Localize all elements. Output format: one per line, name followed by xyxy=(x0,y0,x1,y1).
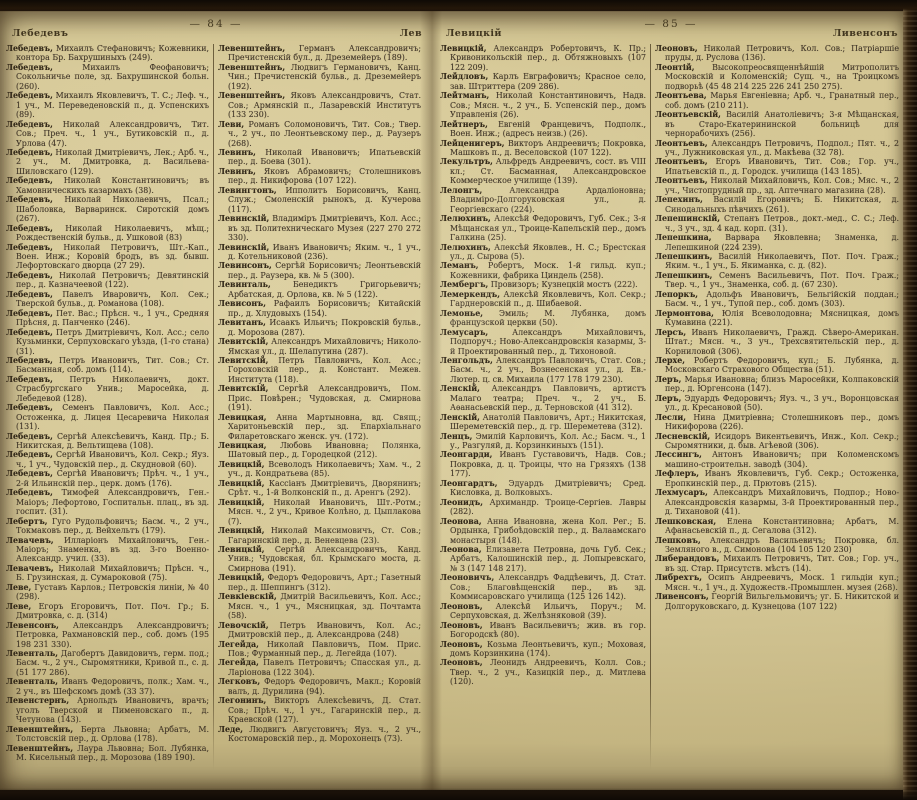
entry-surname: Лейценигеръ, xyxy=(440,139,505,148)
catchword-left-page: Лев xyxy=(400,28,422,39)
entry-surname: Леонтьевъ, xyxy=(655,176,708,185)
entry-surname: Лепешкинъ, xyxy=(655,252,712,261)
entry-surname: Левенштейнъ, xyxy=(218,91,285,100)
directory-entry: Либрехтъ, Осипъ Андреевичъ, Моск. 1 гиль… xyxy=(655,573,899,592)
entry-surname: Лебедевъ, xyxy=(6,375,53,384)
directory-entry: Легонинъ, Викторъ Алексѣевичъ, Д. Стат. … xyxy=(218,696,421,724)
entry-surname: Левкіевскій, xyxy=(218,592,277,601)
directory-entry: Леоновъ, Алексѣй Ильичъ, Поруч.; М. Серп… xyxy=(440,602,646,621)
directory-entry: Левенштейнъ, Людвигъ Германовичъ, Канц. … xyxy=(218,63,421,91)
right-page-header: Левицкій — 85 — Ливенсонъ xyxy=(440,14,902,44)
directory-entry: Левицкій, Александръ Робертовичъ, К. Пр.… xyxy=(440,44,646,72)
entry-surname: Левенштейнъ, xyxy=(218,63,285,72)
directory-entry: Левинталь, Бенедиктъ Григорьевичъ; Арбат… xyxy=(218,280,421,299)
entry-surname: Ленцъ, xyxy=(440,432,472,441)
directory-entry: Леонтьевъ, Егоръ Ивановичъ, Тит. Сов.; Г… xyxy=(655,157,899,176)
directory-entry: Лейтнеръ, Евгеній Францевичъ, Подполк., … xyxy=(440,120,646,139)
directory-entry: Леонова, Анна Ивановна, жена Кол. Рег.; … xyxy=(440,517,646,545)
directory-entry: Лефлеръ, Иванъ Яковлевичъ, Губ. Секр.; О… xyxy=(655,469,899,488)
directory-entry: Левицкій, Николай Ивановичъ, Шт.-Ротм.; … xyxy=(218,498,421,526)
entry-surname: Лесли, xyxy=(655,413,686,422)
entry-surname: Левачевъ, xyxy=(6,536,54,545)
entry-surname: Лермонтова, xyxy=(655,309,714,318)
entry-surname: Лебедевъ, xyxy=(6,403,53,412)
entry-surname: Лембергъ, xyxy=(440,280,488,289)
directory-entry: Лесли, Нина Дмитріевна; Столешниковъ пер… xyxy=(655,413,899,432)
entry-surname: Лебедевъ, xyxy=(6,309,53,318)
directory-entry: Леонтьевскій, Василій Анатоліевичъ; 3-я … xyxy=(655,110,899,138)
entry-surname: Лепешкинъ, xyxy=(655,271,712,280)
entry-surname: Ленскій, xyxy=(440,413,480,422)
entry-surname: Левенстернъ, xyxy=(6,696,69,705)
entry-surname: Лебедевъ, xyxy=(6,176,53,185)
entry-surname: Ливенсонъ, xyxy=(655,592,709,601)
directory-entry: Лебедевъ, Петръ Ивановичъ, Тит. Сов.; Ст… xyxy=(6,356,209,375)
directory-entry: Левинсонъ, Сергѣй Борисовичъ; Леонтьевск… xyxy=(218,261,421,280)
entry-surname: Леоновъ, xyxy=(440,602,483,611)
directory-entry: Лехмусаръ, Александръ Михайловичъ, Подпо… xyxy=(655,488,899,516)
directory-entry: Левицкій, Сергѣй Александровичъ, Канд. У… xyxy=(218,545,421,573)
photo-top-shadow xyxy=(0,0,917,12)
entry-surname: Ленгольдъ, xyxy=(440,356,493,365)
entry-surname: Левинталь, xyxy=(218,280,271,289)
entry-surname: Лесневскій, xyxy=(655,432,710,441)
directory-entry: Левенталь, Дагобертъ Давидовичъ, герм. п… xyxy=(6,649,209,677)
directory-entry: Левисонъ, Рафаилъ Борисовичъ; Китайскій … xyxy=(218,299,421,318)
entry-surname: Леонтій, xyxy=(655,63,695,72)
entry-surname: Леонидъ, xyxy=(440,498,483,507)
directory-entry: Ленгольдъ, Александръ Павловичъ, Стат. С… xyxy=(440,356,646,384)
directory-entry: Левинскій, Владиміръ Дмитріевичъ, Кол. А… xyxy=(218,214,421,242)
entry-surname: Лессингъ, xyxy=(655,450,702,459)
directory-entry: Лепешкинъ, Семенъ Васильевичъ, Пот. Поч.… xyxy=(655,271,899,290)
entry-surname: Лехмусаръ, xyxy=(655,488,708,497)
directory-entry: Леманъ, Робертъ, Моск. 1-й гильд. куп.; … xyxy=(440,261,646,280)
entry-surname: Леонтьевъ, xyxy=(655,157,708,166)
scanned-book-photo: Лебедевъ — 84 — Лев Лебедевъ, Михаилъ Ст… xyxy=(0,0,917,800)
directory-entry: Лерсъ, Иванъ Николаевичъ, Гражд. Сѣверо-… xyxy=(655,328,899,356)
directory-entry: Леве, Егоръ Егоровичъ, Пот. Поч. Гр.; Б.… xyxy=(6,602,209,621)
entry-surname: Лебедевъ, xyxy=(6,224,53,233)
directory-entry: Лебедевъ, Сергѣй Алексѣевичъ, Канд. Пр.;… xyxy=(6,432,209,451)
directory-entry: Лебедевъ, Николай Константиновичъ; въ Ха… xyxy=(6,176,209,195)
entry-surname: Лебедевъ, xyxy=(6,63,53,72)
entry-surname: Левенталь, xyxy=(6,649,58,658)
directory-entry: Левицкая, Любовь Ивановна; Полянка, Шато… xyxy=(218,441,421,460)
directory-entry: Левенсонъ, Александръ Александровичъ; Пе… xyxy=(6,621,209,649)
right-page: Левицкій — 85 — Ливенсонъ Левицкій, Алек… xyxy=(440,14,902,780)
entry-surname: Либрехтъ, xyxy=(655,573,702,582)
directory-entry: Леоновъ, Иванъ Васильевичъ; жив. въ гор.… xyxy=(440,621,646,640)
entry-surname: Лебедевъ, xyxy=(6,91,53,100)
directory-entry: Лемусаръ, Александръ Михайловичъ, Подпор… xyxy=(440,328,646,356)
directory-entry: Лессингъ, Антонъ Ивановичъ; при Коломенс… xyxy=(655,450,899,469)
directory-entry: Лешковъ, Александръ Васильевичъ; Покровк… xyxy=(655,536,899,555)
entry-surname: Леонова, xyxy=(440,545,482,554)
directory-entry: Левитскій, Петръ Павловичъ, Кол. Асс.; Г… xyxy=(218,356,421,384)
entry-surname: Левинскій, xyxy=(218,214,269,223)
directory-entry: Лебедевъ, Пет. Вас.; Прѣсн. ч., 1 уч., С… xyxy=(6,309,209,328)
book-page-edges xyxy=(903,0,917,800)
directory-entry: Леоновъ, Николай Петровичъ, Кол. Сов.; П… xyxy=(655,44,899,63)
directory-entry: Лебедевъ, Николай Николаевичъ, мѣщ.; Рож… xyxy=(6,224,209,243)
entry-surname: Лебедевъ, xyxy=(6,120,53,129)
entry-surname: Левинъ, xyxy=(218,148,256,157)
entry-surname: Лепешкина, xyxy=(655,233,711,242)
entry-surname: Легковъ, xyxy=(218,677,260,686)
entry-surname: Легейда, xyxy=(218,640,259,649)
entry-surname: Леонтьева, xyxy=(655,91,707,100)
entry-surname: Леде, xyxy=(218,725,243,734)
entry-surname: Левочскій, xyxy=(218,621,269,630)
directory-entry: Лепешинскій, Степанъ Петров., докт.-мед.… xyxy=(655,214,899,233)
directory-entry: Леви, Романъ Соломоновичъ, Тит. Сов.; Тв… xyxy=(218,120,421,148)
entry-surname: Лебедевъ, xyxy=(6,290,53,299)
directory-entry: Леонгарди, Иванъ Густавовичъ, Надв. Сов.… xyxy=(440,450,646,478)
directory-entry: Леонгардтъ, Эдуардъ Дмитріевичъ; Сред. К… xyxy=(440,479,646,498)
entry-surname: Леонгарди, xyxy=(440,450,492,459)
entry-surname: Левинъ, xyxy=(218,167,256,176)
entry-surname: Лелюхинъ, xyxy=(440,243,491,252)
entry-surname: Леонтьевъ, xyxy=(655,139,708,148)
entry-surname: Леръ, xyxy=(655,375,681,384)
entry-surname: Лерсъ, xyxy=(655,328,686,337)
directory-entry: Лебедевъ, Николай Александровичъ, Тит. С… xyxy=(6,120,209,148)
entry-surname: Лелонгъ, xyxy=(440,186,482,195)
entry-surname: Лебедевъ, xyxy=(6,44,53,53)
entry-surname: Левицкій, xyxy=(218,573,264,582)
directory-entry: Ленскій, Александръ Павловичъ, артистъ М… xyxy=(440,384,646,412)
entry-surname: Леонтьевскій, xyxy=(655,110,721,119)
directory-entry: Леонидъ, Архимандр. Троице-Сергіев. Лавр… xyxy=(440,498,646,517)
entry-surname: Лебедевъ, xyxy=(6,450,53,459)
entry-surname: Лепехинъ, xyxy=(655,195,703,204)
entry-surname: Леманъ, xyxy=(440,261,479,270)
running-title-right: Ливенсонъ xyxy=(833,28,898,39)
photo-bottom-shadow xyxy=(0,788,917,800)
entry-surname: Лемусаръ, xyxy=(440,328,488,337)
directory-entry: Лебедевъ, Михаилъ Феофановичъ; Сокольнич… xyxy=(6,63,209,91)
entry-surname: Леоновъ, xyxy=(655,44,698,53)
directory-entry: Левицкій, Кассіанъ Дмитріевичъ, Дворянин… xyxy=(218,479,421,498)
directory-entry: Левкіевскій, Дмитрій Васильевичъ, Кол. А… xyxy=(218,592,421,620)
entry-surname: Лелюхинъ, xyxy=(440,214,491,223)
entry-surname: Лекультръ, xyxy=(440,157,493,166)
entry-surname: Лерхе, xyxy=(655,356,685,365)
directory-entry: Левитанъ, Исаакъ Ильичъ; Покровскій буль… xyxy=(218,318,421,337)
directory-entry: Лесневскій, Исидоръ Викентьевичъ, Инж., … xyxy=(655,432,899,451)
directory-entry: Лебедевъ, Николай Николаевичъ, Псал.; Ша… xyxy=(6,195,209,223)
entry-surname: Левицкая, xyxy=(218,413,267,422)
entry-surname: Лейдловъ, xyxy=(440,72,488,81)
directory-entry: Левицкій, Николай Максимовичъ, Ст. Сов.;… xyxy=(218,526,421,545)
directory-entry: Лепешкинъ, Василій Николаевичъ, Пот. Поч… xyxy=(655,252,899,271)
directory-entry: Лебертъ, Гуго Рудольфовичъ; Басм. ч., 2 … xyxy=(6,517,209,536)
entry-surname: Левицкій, xyxy=(218,479,264,488)
entry-surname: Либерандовъ, xyxy=(655,554,719,563)
directory-entry: Лебедевъ, Николай Петровичъ, Шт.-Кап., В… xyxy=(6,243,209,271)
entry-surname: Леоновъ, xyxy=(440,621,483,630)
entry-surname: Лебедевъ, xyxy=(6,271,53,280)
directory-entry: Левачевъ, Николай Михайловичъ; Прѣсн. ч.… xyxy=(6,564,209,583)
entry-surname: Левенталь, xyxy=(6,677,58,686)
entry-surname: Лейтнеръ, xyxy=(440,120,488,129)
entry-surname: Леонгардтъ, xyxy=(440,479,497,488)
entry-surname: Левачевъ, xyxy=(6,564,54,573)
directory-entry: Леръ, Марья Ивановна; близъ Маросейки, К… xyxy=(655,375,899,394)
directory-entry: Легейда, Николай Павловичъ, Пом. Прис. П… xyxy=(218,640,421,659)
directory-entry: Лепехинъ, Василій Егоровичъ; Б. Никитска… xyxy=(655,195,899,214)
directory-entry: Лепоркъ, Адольфъ Ивановичъ, Бельгійскій … xyxy=(655,290,899,309)
directory-entry: Леонтьевъ, Александръ Петровичъ, Подпол.… xyxy=(655,139,899,158)
entry-surname: Лебедевъ, xyxy=(6,432,53,441)
entry-surname: Лешковъ, xyxy=(655,536,701,545)
entry-surname: Левингтонъ, xyxy=(218,186,277,195)
directory-entry: Лебедевъ, Петръ Николаевичъ, докт. Страс… xyxy=(6,375,209,403)
directory-entry: Легковъ, Федоръ Федоровичъ, Макл.; Коров… xyxy=(218,677,421,696)
directory-entry: Ленцъ, Эмилій Карловичъ, Кол. Ас.; Басм.… xyxy=(440,432,646,451)
entry-surname: Левинсонъ, xyxy=(218,261,272,270)
directory-entry: Лемеркендъ, Алексѣй Яковлевичъ, Кол. Сек… xyxy=(440,290,646,309)
directory-entry: Лебедевъ, Павелъ Иваровичъ, Кол. Сек.; Т… xyxy=(6,290,209,309)
entry-surname: Левицкій, xyxy=(218,545,264,554)
directory-entry: Левенштейнъ, Берта Львовна; Арбатъ, М. Т… xyxy=(6,725,209,744)
directory-entry: Ленскій, Анатолій Павловичъ, Арт.; Никит… xyxy=(440,413,646,432)
right-page-column-2: Леоновъ, Николай Петровичъ, Кол. Сов.; П… xyxy=(655,44,899,770)
directory-entry: Леонтьева, Марья Евгеніевна; Арб. ч., Гр… xyxy=(655,91,899,110)
directory-entry: Лейценигеръ, Викторъ Андреевичъ; Покровк… xyxy=(440,139,646,158)
entry-surname: Леоновъ, xyxy=(440,640,483,649)
entry-surname: Леоновъ, xyxy=(440,658,483,667)
directory-entry: Левинъ, Николай Ивановичъ; Ипатьевскій п… xyxy=(218,148,421,167)
directory-entry: Левенштейнъ, Лаура Львовна; Бол. Лубянка… xyxy=(6,744,209,763)
directory-entry: Левицкій, Всеволодъ Николаевичъ; Хам. ч.… xyxy=(218,460,421,479)
entry-surname: Леве, xyxy=(6,602,31,611)
entry-surname: Лебедевъ, xyxy=(6,469,53,478)
entry-surname: Лебедевъ, xyxy=(6,148,53,157)
entry-surname: Лемеркендъ, xyxy=(440,290,500,299)
entry-surname: Левицкая, xyxy=(218,441,267,450)
entry-surname: Леви, xyxy=(218,120,244,129)
right-page-column-1: Левицкій, Александръ Робертовичъ, К. Пр.… xyxy=(440,44,646,770)
directory-entry: Леръ, Эдуардъ Федоровичъ; Яуз. ч., 3 уч.… xyxy=(655,394,899,413)
directory-entry: Леонтьевъ, Николай Михайловичъ, Кол. Сов… xyxy=(655,176,899,195)
directory-entry: Леоновъ, Леонидъ Андреевичъ, Колл. Сов.;… xyxy=(440,658,646,686)
entry-surname: Лебедевъ, xyxy=(6,356,53,365)
directory-entry: Лебедевъ, Николай Дмитріевичъ, Лек.; Арб… xyxy=(6,148,209,176)
entry-surname: Левитскій, xyxy=(218,356,268,365)
directory-entry: Левенстернъ, Арнольдъ Ивановичъ, врачъ; … xyxy=(6,696,209,724)
directory-entry: Левицкая, Анна Мартыновна, вд. Свящ.; Ха… xyxy=(218,413,421,441)
column-divider-left-page xyxy=(213,44,214,770)
entry-surname: Леръ, xyxy=(655,394,681,403)
directory-entry: Леонтій, Высокопреосвященнѣйшій Митропол… xyxy=(655,63,899,91)
entry-surname: Левисонъ, xyxy=(218,299,266,308)
directory-entry: Леде, Людвигъ Августовичъ; Яуз. ч., 2 уч… xyxy=(218,725,421,744)
directory-entry: Лелюхинъ, Алексѣй Яковлев., Н. С.; Брест… xyxy=(440,243,646,262)
entry-surname: Легонинъ, xyxy=(218,696,266,705)
entry-surname: Левитскій, xyxy=(218,337,268,346)
entry-surname: Левицкій, xyxy=(218,498,264,507)
entry-surname: Левенштейнъ, xyxy=(6,725,73,734)
directory-entry: Левинъ, Яковъ Абрамовичъ; Столешниковъ п… xyxy=(218,167,421,186)
directory-entry: Левицкій, Федоръ Федоровичъ, Арт.; Газет… xyxy=(218,573,421,592)
directory-entry: Левачевъ, Илларіонъ Михайловичъ, Ген.-Ма… xyxy=(6,536,209,564)
directory-entry: Лебедевъ, Тимофей Александровичъ, Ген.-М… xyxy=(6,488,209,516)
directory-entry: Ливенсонъ, Георгій Вильгельмовичъ; уг. Б… xyxy=(655,592,899,611)
entry-surname: Лейтманъ, xyxy=(440,91,489,100)
left-page-column-2: Левенштейнъ, Германъ Александровичъ; Пре… xyxy=(218,44,421,770)
directory-entry: Левенталь, Иванъ Федоровичъ, полк.; Хам.… xyxy=(6,677,209,696)
directory-entry: Леоновичъ, Александръ Фаддѣевичъ, Д. Ста… xyxy=(440,573,646,601)
entry-surname: Лебертъ, xyxy=(6,517,48,526)
entry-surname: Левицкій, xyxy=(218,526,264,535)
left-page-header: Лебедевъ — 84 — Лев xyxy=(6,14,426,44)
entry-surname: Левитскій, xyxy=(218,384,268,393)
entry-surname: Леве, xyxy=(6,583,31,592)
directory-entry: Левенштейнъ, Германъ Александровичъ; Пре… xyxy=(218,44,421,63)
page-number-84: — 84 — xyxy=(6,18,426,30)
directory-entry: Легейда, Павелъ Петровичъ; Спасская ул.,… xyxy=(218,658,421,677)
directory-entry: Лерхе, Робертъ Федоровичъ, куп.; Б. Лубя… xyxy=(655,356,899,375)
entry-surname: Лебедевъ, xyxy=(6,328,53,337)
directory-entry: Лемонье, Эмиль; М. Лубянка, домъ француз… xyxy=(440,309,646,328)
directory-entry: Левенштейнъ, Яковъ Александровичъ, Стат.… xyxy=(218,91,421,119)
entry-surname: Леонова, xyxy=(440,517,482,526)
directory-entry: Леоновъ, Козьма Леонтьевичъ, куп.; Мохов… xyxy=(440,640,646,659)
directory-entry: Лебедевъ, Семенъ Павловичъ, Кол. Асс.; О… xyxy=(6,403,209,431)
entry-surname: Лешковская, xyxy=(655,517,716,526)
entry-surname: Левенштейнъ, xyxy=(6,744,73,753)
entry-surname: Лебедевъ, xyxy=(6,488,53,497)
entry-surname: Левенсонъ, xyxy=(6,621,59,630)
directory-entry: Лешковская, Елена Константиновна; Арбатъ… xyxy=(655,517,899,536)
directory-entry: Лебедевъ, Николай Петровичъ; Девятинскій… xyxy=(6,271,209,290)
entry-surname: Лебедевъ, xyxy=(6,195,53,204)
column-divider-right-page xyxy=(650,44,651,770)
directory-entry: Левитскій, Александръ Михайловичъ; Никол… xyxy=(218,337,421,356)
directory-entry: Лекультръ, Альфредъ Андреевичъ, сост. въ… xyxy=(440,157,646,185)
entry-surname: Легейда, xyxy=(218,658,259,667)
entry-surname: Ленскій, xyxy=(440,384,480,393)
directory-entry: Лембергъ, Провизоръ; Кузнецкій мостъ (22… xyxy=(440,280,646,289)
directory-entry: Левочскій, Петръ Ивановичъ, Кол. Ас.; Дм… xyxy=(218,621,421,640)
directory-entry: Лермонтова, Юлія Всеволодовна; Мясницкая… xyxy=(655,309,899,328)
entry-surname: Лепешинскій, xyxy=(655,214,720,223)
directory-entry: Лепешкина, Варвара Яковлевна; Знаменка, … xyxy=(655,233,899,252)
entry-surname: Лебедевъ, xyxy=(6,243,53,252)
entry-surname: Левенштейнъ, xyxy=(218,44,285,53)
entry-surname: Левинскій, xyxy=(218,243,269,252)
directory-entry: Левитскій, Сергѣй Александровичъ, Пом. П… xyxy=(218,384,421,412)
directory-entry: Лелонгъ, Александра Ардаліоновна; Владим… xyxy=(440,186,646,214)
entry-surname: Левитанъ, xyxy=(218,318,266,327)
left-page: Лебедевъ — 84 — Лев Лебедевъ, Михаилъ Ст… xyxy=(6,14,426,780)
entry-surname: Лепоркъ, xyxy=(655,290,698,299)
directory-entry: Лебедевъ, Сергѣй Ивановичъ, Кол. Секр.; … xyxy=(6,450,209,469)
directory-entry: Лелюхинъ, Алексѣй Федоровичъ, Губ. Сек.;… xyxy=(440,214,646,242)
directory-entry: Лебедевъ, Михаилъ Стефановичъ; Кожевники… xyxy=(6,44,209,63)
directory-entry: Либерандовъ, Михаилъ Петровичъ, Тит. Сов… xyxy=(655,554,899,573)
left-page-column-1: Лебедевъ, Михаилъ Стефановичъ; Кожевники… xyxy=(6,44,209,770)
directory-entry: Лебедевъ, Михаилъ Яковлевичъ, Т. С.; Леф… xyxy=(6,91,209,119)
entry-surname: Леоновичъ, xyxy=(440,573,494,582)
directory-entry: Лейдловъ, Карлъ Евграфовичъ; Красное сел… xyxy=(440,72,646,91)
directory-entry: Левинскій, Иванъ Ивановичъ; Яким. ч., 1 … xyxy=(218,243,421,262)
entry-surname: Левицкій, xyxy=(218,460,264,469)
directory-entry: Левингтонъ, Ипполитъ Борисовичъ, Канц. С… xyxy=(218,186,421,214)
directory-entry: Леве, Густавъ Карлов.; Петровскія линіи,… xyxy=(6,583,209,602)
directory-entry: Лебедевъ, Сергѣй Ивановичъ; Прѣч. ч., 1 … xyxy=(6,469,209,488)
entry-surname: Лефлеръ, xyxy=(655,469,699,478)
directory-entry: Лейтманъ, Николай Константиновичъ, Надв.… xyxy=(440,91,646,119)
directory-entry: Леонова, Елизавета Петровна, дочь Губ. С… xyxy=(440,545,646,573)
entry-surname: Левицкій, xyxy=(440,44,486,53)
entry-surname: Лемонье, xyxy=(440,309,483,318)
directory-entry: Лебедевъ, Петръ Дмитріевичъ, Кол. Асс.; … xyxy=(6,328,209,356)
